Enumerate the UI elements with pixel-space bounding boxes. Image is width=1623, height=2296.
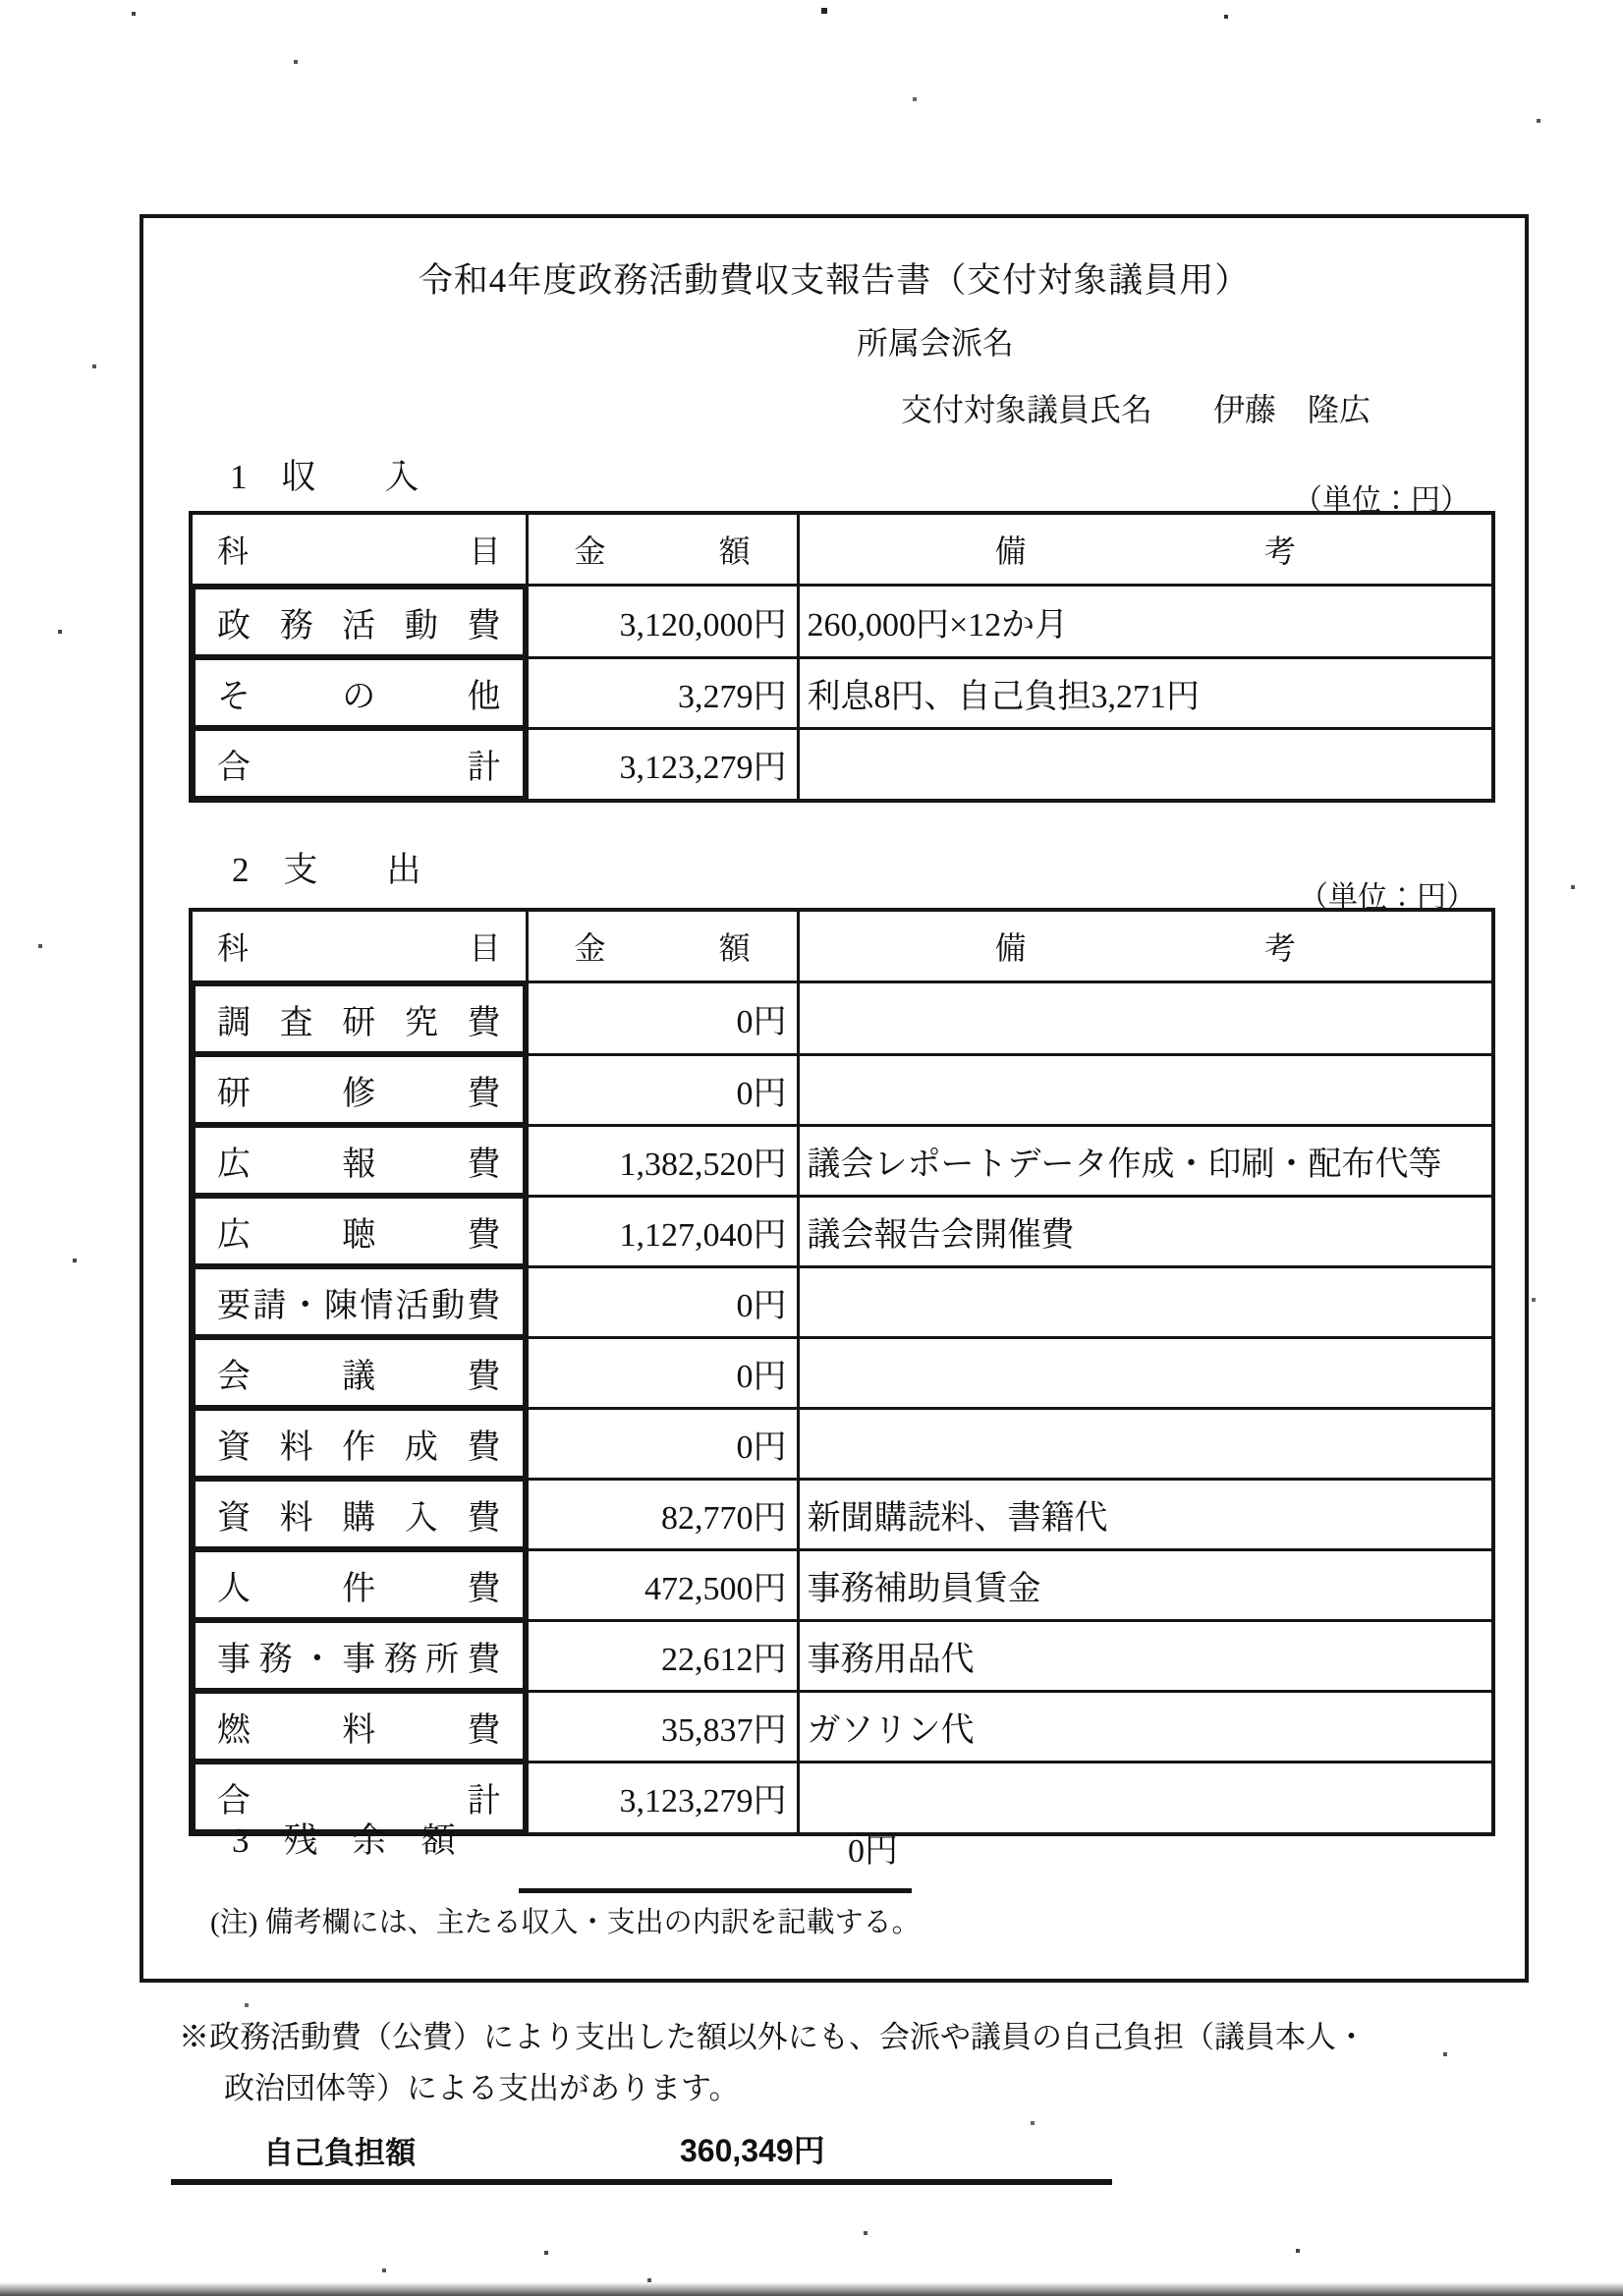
table-row: 事務・事務所費 22,612円 事務用品代 [191, 1620, 1493, 1691]
amount-cell: 0円 [527, 982, 798, 1055]
amount-cell: 3,123,279円 [527, 728, 798, 801]
amount-cell: 3,279円 [527, 657, 798, 728]
balance-underline [519, 1888, 912, 1893]
amount-cell: 82,770円 [527, 1479, 798, 1549]
column-header-remarks: 備考 [798, 910, 1493, 982]
self-pay-footnote-line1: ※政務活動費（公費）により支出した額以外にも、会派や議員の自己負担（議員本人・ [179, 2012, 1367, 2056]
remarks-cell [798, 982, 1493, 1055]
amount-cell: 22,612円 [527, 1620, 798, 1691]
report-title: 令和4年度政務活動費収支報告書（交付対象議員用） [143, 253, 1525, 303]
expenditure-section-heading: 2 支 出 [232, 843, 421, 892]
remarks-cell: ガソリン代 [798, 1691, 1493, 1762]
remarks-cell: 事務用品代 [798, 1620, 1493, 1691]
income-header-row: 科目 金額 備考 [191, 513, 1493, 586]
remarks-cell: 利息8円、自己負担3,271円 [798, 657, 1493, 728]
expenditure-table: 科目 金額 備考 調査研究費 0円 研修費 0円 広報費 1,382,520円 … [189, 908, 1495, 1836]
item-cell: 資料購入費 [193, 1479, 526, 1549]
self-pay-underline [171, 2179, 1112, 2185]
item-cell: その他 [193, 657, 526, 728]
remarks-cell [798, 1054, 1493, 1125]
amount-cell: 35,837円 [527, 1691, 798, 1762]
amount-cell: 472,500円 [527, 1549, 798, 1620]
amount-cell: 0円 [527, 1337, 798, 1408]
table-row: 研修費 0円 [191, 1054, 1493, 1125]
table-row: 調査研究費 0円 [191, 982, 1493, 1055]
amount-cell: 0円 [527, 1408, 798, 1479]
item-cell: 会議費 [193, 1337, 526, 1408]
report-frame: 令和4年度政務活動費収支報告書（交付対象議員用） 所属会派名 交付対象議員氏名伊… [140, 214, 1529, 1983]
self-pay-amount: 360,349円 [680, 2126, 825, 2171]
item-cell: 資料作成費 [193, 1408, 526, 1479]
item-cell: 事務・事務所費 [193, 1620, 526, 1691]
faction-name-label: 所属会派名 [857, 318, 1014, 364]
table-row: 合計 3,123,279円 [191, 728, 1493, 801]
self-pay-label: 自己負担額 [263, 2128, 416, 2172]
member-name-label: 交付対象議員氏名 [901, 392, 1152, 427]
scanned-report-page: 令和4年度政務活動費収支報告書（交付対象議員用） 所属会派名 交付対象議員氏名伊… [0, 0, 1623, 2296]
column-header-remarks: 備考 [798, 513, 1493, 586]
item-cell: 研修費 [193, 1054, 526, 1125]
amount-cell: 0円 [527, 1054, 798, 1125]
scan-edge-shadow [0, 2282, 1623, 2296]
item-cell: 燃料費 [193, 1691, 526, 1762]
column-header-item: 科目 [191, 513, 527, 586]
item-cell: 合計 [193, 728, 526, 799]
amount-cell: 1,382,520円 [527, 1125, 798, 1196]
table-row: 政務活動費 3,120,000円 260,000円×12か月 [191, 586, 1493, 658]
amount-cell: 1,127,040円 [527, 1196, 798, 1266]
table-row: 会議費 0円 [191, 1337, 1493, 1408]
column-header-amount: 金額 [527, 910, 798, 982]
income-section-heading: 1 収 入 [230, 450, 420, 499]
item-cell: 広報費 [193, 1125, 526, 1196]
column-header-amount: 金額 [527, 513, 798, 586]
amount-cell: 3,120,000円 [527, 586, 798, 658]
self-pay-footnote-line2: 政治団体等）による支出があります。 [224, 2063, 740, 2107]
table-row: 燃料費 35,837円 ガソリン代 [191, 1691, 1493, 1762]
remarks-cell [798, 1337, 1493, 1408]
column-header-item: 科目 [191, 910, 527, 982]
item-cell: 人件費 [193, 1549, 526, 1620]
remarks-note: (注) 備考欄には、主たる収入・支出の内訳を記載する。 [210, 1900, 921, 1940]
table-row: 人件費 472,500円 事務補助員賃金 [191, 1549, 1493, 1620]
table-row: 資料購入費 82,770円 新聞購読料、書籍代 [191, 1479, 1493, 1549]
item-cell: 調査研究費 [193, 983, 526, 1054]
table-row: 広報費 1,382,520円 議会レポートデータ作成・印刷・配布代等 [191, 1125, 1493, 1196]
remarks-cell: 議会レポートデータ作成・印刷・配布代等 [798, 1125, 1493, 1196]
item-cell: 要請・陳情活動費 [193, 1266, 526, 1337]
balance-section-heading: 3 残 余 額 [232, 1814, 456, 1863]
item-cell: 政務活動費 [193, 587, 526, 657]
remarks-cell [798, 1266, 1493, 1337]
table-row: 資料作成費 0円 [191, 1408, 1493, 1479]
table-row: その他 3,279円 利息8円、自己負担3,271円 [191, 657, 1493, 728]
remarks-cell [798, 1408, 1493, 1479]
table-row: 広聴費 1,127,040円 議会報告会開催費 [191, 1196, 1493, 1266]
remarks-cell: 260,000円×12か月 [798, 586, 1493, 658]
remarks-cell: 新聞購読料、書籍代 [798, 1479, 1493, 1549]
expenditure-header-row: 科目 金額 備考 [191, 910, 1493, 982]
remarks-cell [798, 728, 1493, 801]
member-name-line: 交付対象議員氏名伊藤 隆広 [901, 385, 1371, 430]
income-table: 科目 金額 備考 政務活動費 3,120,000円 260,000円×12か月 … [189, 511, 1495, 803]
scan-noise [0, 0, 2, 2]
item-cell: 広聴費 [193, 1196, 526, 1266]
remarks-cell: 事務補助員賃金 [798, 1549, 1493, 1620]
balance-value: 0円 [519, 1823, 912, 1872]
member-name: 伊藤 隆広 [1213, 392, 1371, 427]
remarks-cell: 議会報告会開催費 [798, 1196, 1493, 1266]
table-row: 要請・陳情活動費 0円 [191, 1266, 1493, 1337]
amount-cell: 0円 [527, 1266, 798, 1337]
